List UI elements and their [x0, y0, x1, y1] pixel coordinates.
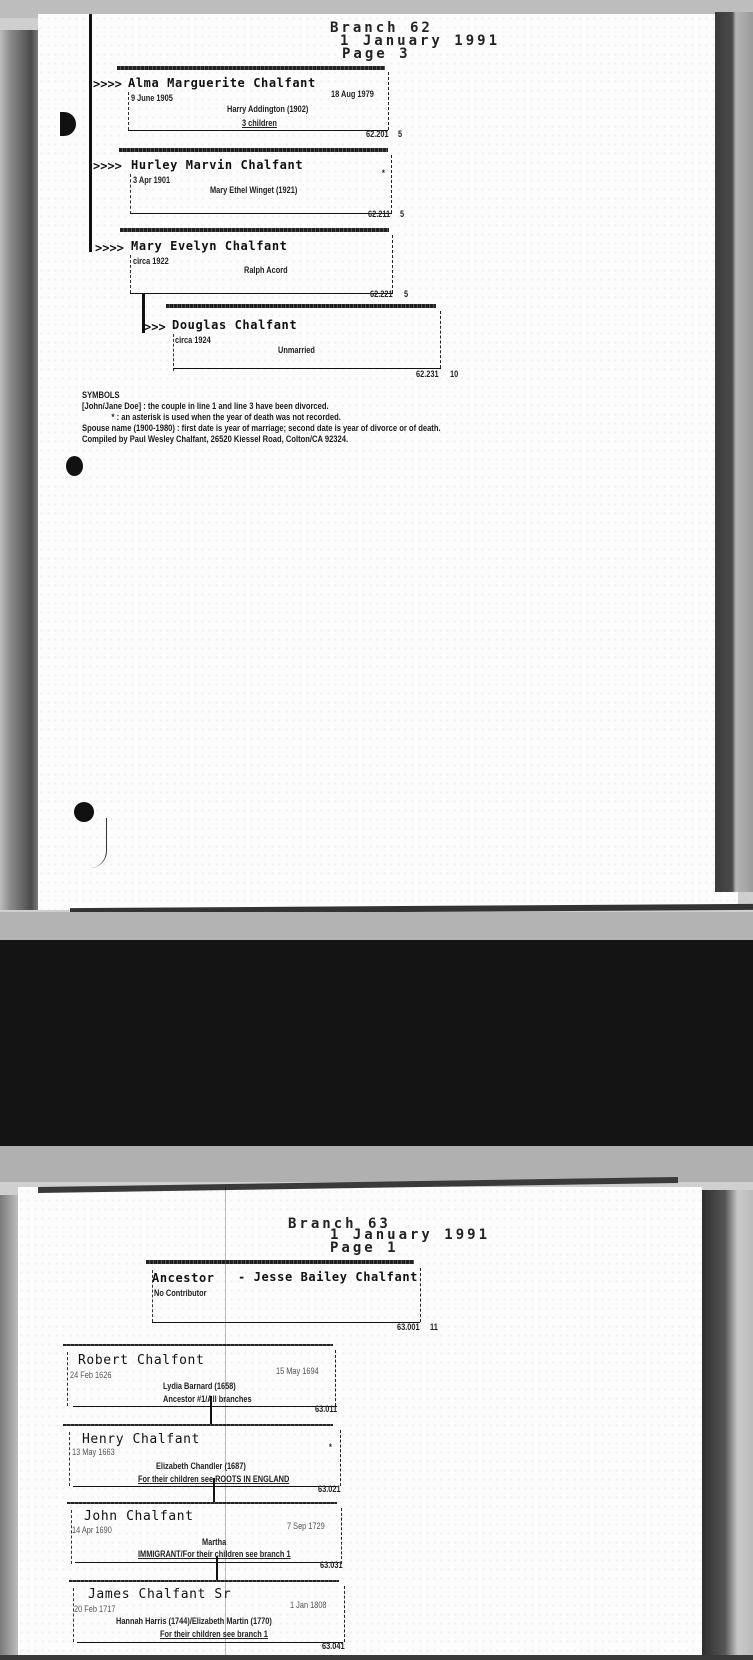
generation-arrow: >>>> — [93, 159, 122, 173]
record-id: 63.041 — [322, 1641, 345, 1651]
box-border — [77, 1642, 343, 1643]
birth-date: 3 Apr 1901 — [133, 175, 170, 185]
person-name: Robert Chalfont — [78, 1353, 204, 1368]
birth-date: 14 Apr 1690 — [72, 1525, 112, 1535]
birth-date: 24 Feb 1626 — [70, 1370, 111, 1380]
scan-shadow — [0, 1195, 18, 1660]
symbols-title: SYMBOLS — [82, 390, 120, 401]
box-border — [71, 1510, 73, 1564]
page-header-page: Page 3 — [342, 48, 411, 61]
birth-date: circa 1922 — [133, 256, 169, 266]
box-border — [438, 311, 441, 368]
spouse-name: Lydia Barnard (1658) — [163, 1381, 236, 1391]
box-border — [69, 1432, 71, 1486]
record-id: 63.031 — [320, 1560, 343, 1570]
person-name: Henry Chalfant — [82, 1432, 200, 1447]
birth-date: 9 June 1905 — [131, 93, 173, 103]
box-border — [130, 213, 392, 214]
death-date: 18 Aug 1979 — [331, 89, 374, 99]
record-id: 63.001 — [397, 1322, 420, 1332]
death-date: * — [382, 168, 385, 178]
person-name: Mary Evelyn Chalfant — [131, 239, 288, 253]
box-border — [73, 1406, 337, 1407]
record-note: 3 children — [242, 118, 277, 128]
tree-connector — [213, 1478, 215, 1502]
box-border — [339, 1508, 342, 1564]
box-border — [152, 1322, 420, 1323]
symbols-line: [John/Jane Doe] : the couple in line 1 a… — [82, 401, 329, 412]
person-name: Hurley Marvin Chalfant — [131, 158, 303, 172]
box-border — [342, 1586, 345, 1642]
box-border — [120, 228, 389, 232]
box-border — [146, 1260, 414, 1264]
death-date: * — [329, 1442, 332, 1452]
box-border — [128, 130, 388, 131]
box-border — [390, 235, 393, 293]
box-border — [338, 1430, 341, 1486]
generation-arrow: >>>> — [95, 241, 124, 255]
box-border — [67, 1352, 69, 1406]
box-border — [73, 1486, 337, 1487]
death-date: 15 May 1694 — [276, 1366, 319, 1376]
person-name: Douglas Chalfant — [172, 318, 297, 332]
record-id: 62.211 — [368, 209, 390, 219]
spouse-name: Martha — [202, 1537, 226, 1547]
page-header-page: Page 1 — [330, 1242, 399, 1255]
generation-arrow: >>>> — [93, 77, 122, 91]
box-border — [386, 72, 389, 130]
box-border — [63, 1344, 333, 1346]
scan-shadow — [702, 1190, 753, 1660]
spouse-name: Ralph Acord — [244, 265, 288, 275]
record-note: Ancestor #1/All branches — [163, 1394, 252, 1404]
child-count: 5 — [404, 289, 408, 299]
child-count: 5 — [398, 129, 402, 139]
scan-gap — [0, 940, 753, 1148]
box-border — [130, 255, 132, 293]
box-border — [418, 1268, 421, 1322]
spouse-name: Harry Addington (1902) — [227, 104, 308, 114]
record-id: 62.201 — [366, 129, 389, 139]
box-border — [63, 1424, 333, 1426]
record-id: 63.021 — [318, 1484, 341, 1494]
spouse-name: Elizabeth Chandler (1687) — [156, 1461, 246, 1471]
person-name: James Chalfant Sr — [88, 1587, 231, 1602]
box-border — [67, 1502, 337, 1504]
ancestor-name: - Jesse Bailey Chalfant — [238, 1270, 418, 1284]
ancestor-label: Ancestor — [152, 1271, 215, 1285]
box-border — [73, 1588, 75, 1642]
tree-connector — [210, 1396, 212, 1424]
scan-shadow — [715, 12, 753, 892]
generation-arrow: >>> — [144, 320, 166, 334]
person-name: Alma Marguerite Chalfant — [128, 76, 316, 90]
tree-connector — [89, 14, 92, 252]
record-id: 62.231 — [416, 369, 439, 379]
punch-hole-icon — [66, 456, 83, 476]
record-note: For their children see branch 1 — [160, 1629, 268, 1639]
box-border — [128, 92, 130, 130]
box-border — [117, 66, 385, 70]
box-border — [152, 1270, 154, 1322]
death-date: 1 Jan 1808 — [290, 1600, 327, 1610]
box-border — [173, 368, 441, 369]
box-border — [166, 304, 436, 308]
record-id: 62.221 — [370, 289, 393, 299]
spouse-name: Hannah Harris (1744)/Elizabeth Martin (1… — [116, 1616, 272, 1626]
child-count: 10 — [450, 369, 458, 379]
spouse-name: Mary Ethel Winget (1921) — [210, 185, 297, 195]
record-note: IMMIGRANT/For their children see branch … — [138, 1549, 291, 1559]
box-border — [130, 293, 393, 294]
child-count: 5 — [400, 209, 404, 219]
box-border — [75, 1562, 339, 1563]
box-border — [69, 1580, 339, 1582]
death-date: 7 Sep 1729 — [287, 1521, 325, 1531]
birth-date: 13 May 1663 — [72, 1447, 115, 1457]
box-border — [130, 174, 132, 214]
record-id: 63.011 — [315, 1404, 337, 1414]
child-count: 11 — [430, 1322, 438, 1332]
box-border — [389, 155, 392, 213]
birth-date: 20 Feb 1717 — [74, 1604, 115, 1614]
scan-border — [0, 912, 753, 942]
person-name: John Chalfant — [84, 1509, 194, 1524]
box-border — [173, 334, 175, 371]
compiler-credit: Compiled by Paul Wesley Chalfant, 26520 … — [82, 434, 348, 445]
symbols-line: Spouse name (1900-1980) : first date is … — [82, 423, 441, 434]
scan-border — [0, 1655, 753, 1660]
tree-connector — [216, 1556, 218, 1582]
contributor: No Contributor — [154, 1288, 206, 1298]
birth-date: circa 1924 — [175, 335, 211, 345]
box-border — [119, 148, 388, 152]
box-border — [333, 1350, 336, 1406]
symbols-line: * : an asterisk is used when the year of… — [82, 412, 341, 423]
spouse-name: Unmarried — [278, 345, 315, 355]
